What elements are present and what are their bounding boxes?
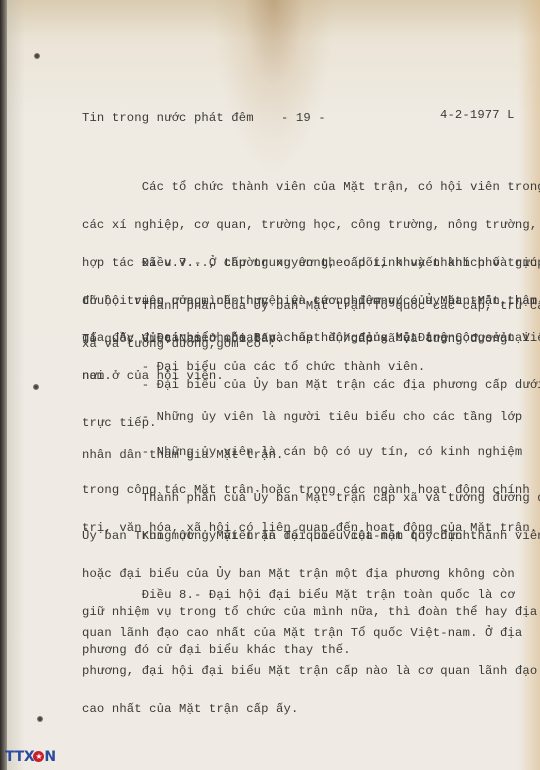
text-line: cao nhất của Mặt trận cấp ấy. xyxy=(82,703,522,716)
text-line: Các tổ chức thành viên của Mặt trận, có … xyxy=(82,181,522,194)
binding-edge xyxy=(0,0,7,770)
bulletin-title: Tin trong nước phát đêm xyxy=(82,111,254,125)
text-line: phương, đại hội đại biểu Mặt trận cấp nà… xyxy=(82,665,522,678)
text-line: quan lãnh đạo cao nhất của Mặt trận Tổ q… xyxy=(82,627,522,640)
page-header: Tin trong nước phát đêm - 19 - 4-2-1977 … xyxy=(82,111,522,127)
text-line: các xí nghiệp, cơ quan, trường học, công… xyxy=(82,219,522,232)
logo-text-left: TTX xyxy=(5,749,34,765)
star-icon: ★ xyxy=(33,751,44,762)
typewritten-page: Tin trong nước phát đêm - 19 - 4-2-1977 … xyxy=(7,0,540,770)
document-date: 4-2-1977 L xyxy=(440,108,515,122)
text-line: Thành phần của Ủy ban Mặt trận cấp xã và… xyxy=(82,492,522,505)
paragraph-article-8: Điều 8.- Đại hội đại biểu Mặt trận toàn … xyxy=(82,564,522,740)
text-line: Điều 8.- Đại hội đại biểu Mặt trận toàn … xyxy=(82,589,522,602)
text-line: Điều 7.- Ở cấp trung ương, cấp tỉnh và t… xyxy=(82,257,522,270)
page-number: - 19 - xyxy=(281,111,326,125)
logo-text-right: N xyxy=(44,749,55,765)
text-line: Khi một ủy viên là đại biểu của một tổ c… xyxy=(82,530,522,543)
document-body: Tin trong nước phát đêm - 19 - 4-2-1977 … xyxy=(7,0,540,770)
text-line: - Những ủy viên là cán bộ có uy tín, có … xyxy=(82,446,522,459)
ttxvn-watermark-logo: TTX ★ N xyxy=(5,749,56,764)
